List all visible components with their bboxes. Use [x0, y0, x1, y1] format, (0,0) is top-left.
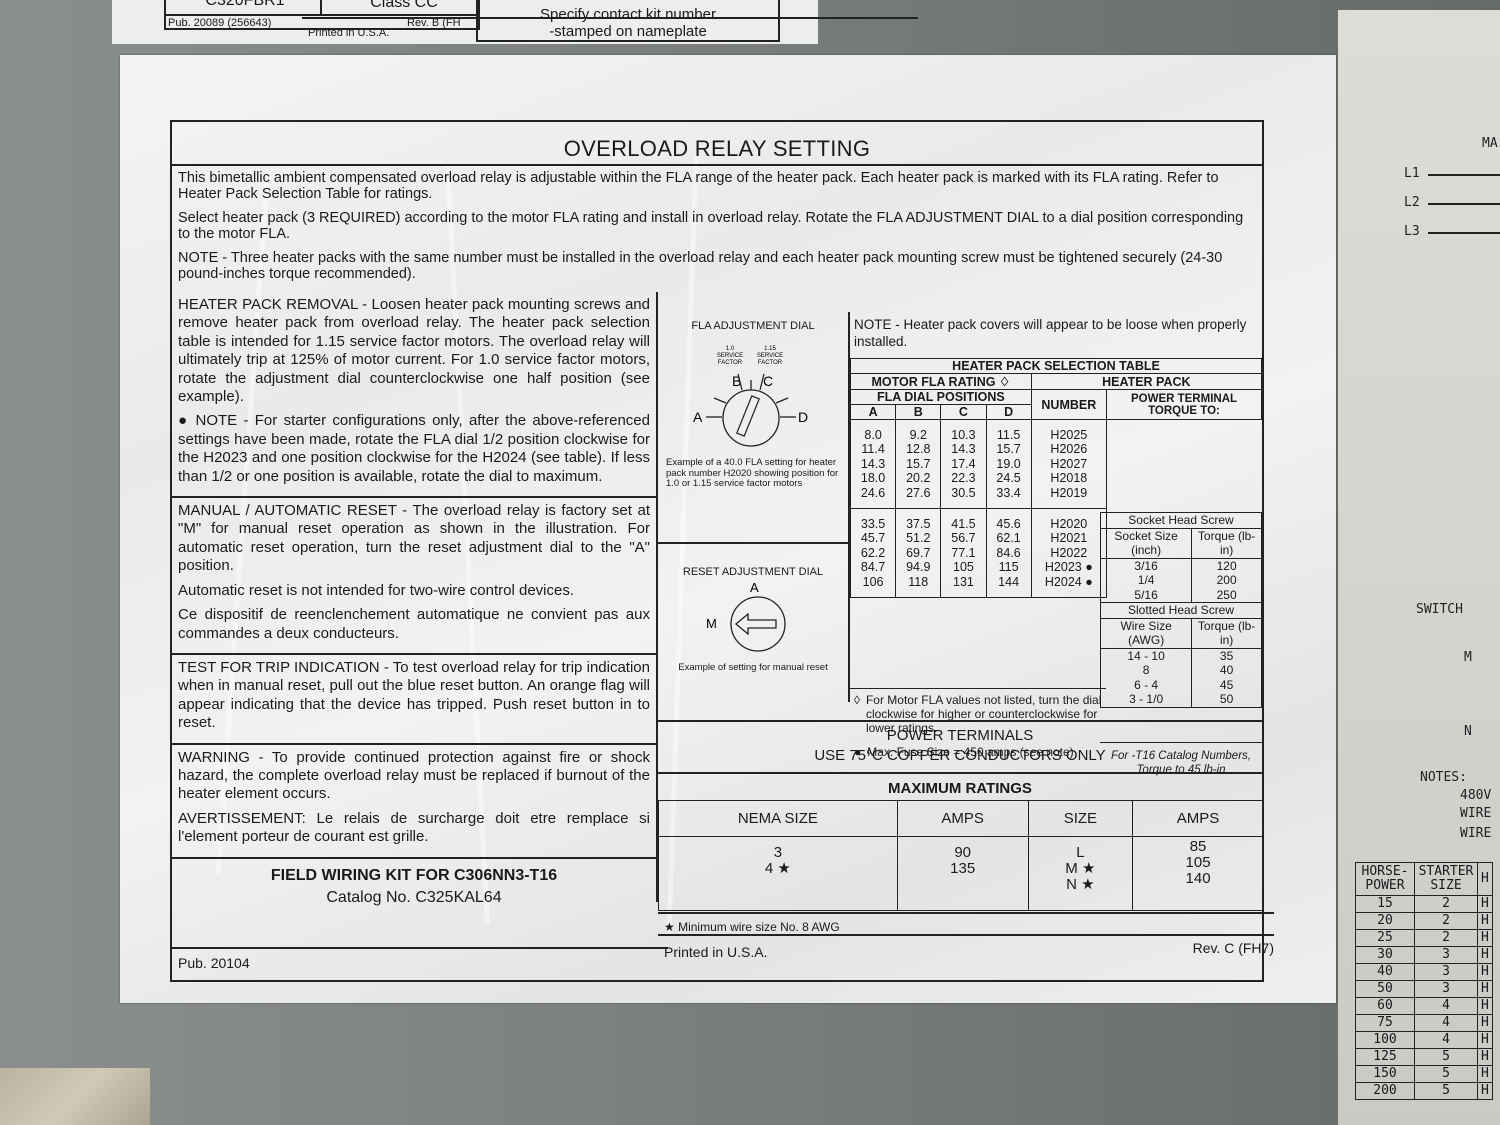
- starter-note-text: ● NOTE - For starter configurations only…: [178, 412, 650, 486]
- cell: 115: [989, 560, 1029, 575]
- cell: 85: [1134, 839, 1262, 855]
- heater-cover-note: NOTE - Heater pack covers will appear to…: [850, 312, 1270, 354]
- cell: 45.6: [989, 517, 1029, 532]
- reset-dial-title: RESET ADJUSTMENT DIAL: [658, 566, 848, 578]
- cell: 5: [1415, 1066, 1478, 1083]
- notes-label: NOTES:: [1420, 770, 1467, 785]
- cell: 15.7: [898, 457, 938, 472]
- cell: 120: [1194, 559, 1259, 574]
- fla-dial-title: FLA ADJUSTMENT DIAL: [658, 320, 848, 332]
- power-terminals-section: POWER TERMINALS USE 75°C COPPER CONDUCTO…: [658, 720, 1262, 766]
- beige-sticker-corner: [0, 1068, 150, 1125]
- french-reset-note: Ce dispositif de reenclenchement automat…: [178, 606, 650, 643]
- amps-header: AMPS: [897, 801, 1028, 837]
- cell: 14.3: [853, 457, 893, 472]
- cell: 2: [1415, 930, 1478, 947]
- cell: 50: [1194, 692, 1259, 707]
- contact-kit-text: Specify contact kit number -stamped on n…: [478, 6, 778, 40]
- cell: 90: [899, 845, 1027, 861]
- line-arrow-icon: [1428, 174, 1500, 176]
- cell: 135: [899, 861, 1027, 877]
- horsepower-header: HORSE-POWER: [1356, 863, 1415, 896]
- svg-text:1.15: 1.15: [764, 346, 776, 352]
- divider: [164, 14, 478, 16]
- cell: 9.2: [898, 428, 938, 443]
- table-row: 503H: [1356, 981, 1493, 998]
- fla-dial-icon: 1.0 SERVICE FACTOR 1.15 SERVICE FACTOR B…: [678, 338, 828, 458]
- table-row: 2005H: [1356, 1083, 1493, 1100]
- cell: 19.0: [989, 457, 1029, 472]
- line-l2: L2: [1404, 195, 1420, 210]
- cell: 41.5: [943, 517, 983, 532]
- cell: 125: [1356, 1049, 1415, 1066]
- warning-text: WARNING - To provide continued protectio…: [178, 749, 650, 804]
- cell: 35: [1194, 649, 1259, 664]
- table-row: 403H: [1356, 964, 1493, 981]
- cell: 4: [1415, 1015, 1478, 1032]
- catalog-cell: C320FBR1: [170, 0, 320, 10]
- cell: 20.2: [898, 471, 938, 486]
- horsepower-starter-table: HORSE-POWER STARTER SIZE H 152H 202H 252…: [1355, 862, 1493, 1100]
- cell: M ★: [1030, 861, 1132, 877]
- cell: 27.6: [898, 486, 938, 501]
- fuse-class-cell: Class CC: [324, 0, 484, 12]
- n-label: N: [1464, 724, 1472, 739]
- line-l1: L1: [1404, 166, 1420, 181]
- cell: 24.5: [989, 471, 1029, 486]
- cell: 15: [1356, 896, 1415, 913]
- catalog-number: Catalog No. C325KAL64: [172, 887, 656, 909]
- heater-number: H2019: [1034, 486, 1104, 501]
- test-trip-section: TEST FOR TRIP INDICATION - To test overl…: [172, 653, 656, 743]
- cell: 62.2: [853, 546, 893, 561]
- svg-text:A: A: [693, 409, 703, 425]
- cell: 56.7: [943, 531, 983, 546]
- svg-text:1.0: 1.0: [726, 346, 735, 352]
- cell: 84.6: [989, 546, 1029, 561]
- cell: 25: [1356, 930, 1415, 947]
- svg-text:SERVICE: SERVICE: [717, 353, 743, 359]
- ma-label: MA: [1482, 136, 1498, 151]
- printed-row: Printed in U.S.A. Rev. C (FH7): [658, 934, 1274, 968]
- fla-dial-caption: Example of a 40.0 FLA setting for heater…: [658, 458, 848, 490]
- label-title: OVERLOAD RELAY SETTING: [172, 136, 1262, 162]
- cell: 5: [1415, 1083, 1478, 1100]
- cell: 4: [1415, 1032, 1478, 1049]
- cell: 10.3: [943, 428, 983, 443]
- selection-table-title: HEATER PACK SELECTION TABLE: [851, 359, 1262, 374]
- cell: 4 ★: [660, 861, 896, 877]
- cell: 14 - 10: [1103, 649, 1189, 664]
- cell: 6 - 4: [1103, 678, 1189, 693]
- cell: 3: [1415, 964, 1478, 981]
- table-row: 1004H: [1356, 1032, 1493, 1049]
- heater-number: H2021: [1034, 531, 1104, 546]
- cell: 3: [1415, 981, 1478, 998]
- svg-text:FACTOR: FACTOR: [758, 360, 783, 366]
- fla-adjustment-dial-diagram: FLA ADJUSTMENT DIAL 1.0 SERVICE FACTOR 1…: [658, 312, 848, 490]
- socket-head-header: Socket Head Screw: [1101, 513, 1262, 529]
- cell: 200: [1194, 573, 1259, 588]
- cell: 106: [853, 575, 893, 590]
- svg-text:D: D: [798, 409, 808, 425]
- cell: 1/4: [1103, 573, 1189, 588]
- intro-paragraph: Select heater pack (3 REQUIRED) accordin…: [178, 210, 1253, 242]
- note-line: WIRE: [1460, 806, 1491, 821]
- cell: 50: [1356, 981, 1415, 998]
- instructions-column: HEATER PACK REMOVAL - Loosen heater pack…: [172, 292, 656, 917]
- revision: Rev. C (FH7): [1193, 940, 1274, 956]
- starter-size-header: STARTER SIZE: [1415, 863, 1478, 896]
- heater-number: H2024 ●: [1034, 575, 1104, 590]
- cell: 105: [1134, 855, 1262, 871]
- cell: 84.7: [853, 560, 893, 575]
- cell: 45.7: [853, 531, 893, 546]
- svg-text:M: M: [706, 616, 717, 631]
- svg-text:A: A: [750, 580, 759, 595]
- col-d: D: [986, 405, 1031, 420]
- cell: 20: [1356, 913, 1415, 930]
- m-label: M: [1464, 650, 1472, 665]
- number-header: NUMBER: [1031, 390, 1106, 420]
- cell: 11.5: [989, 428, 1029, 443]
- cell: 144: [989, 575, 1029, 590]
- cell: 77.1: [943, 546, 983, 561]
- cell: N ★: [1030, 877, 1132, 893]
- heater-removal-text: HEATER PACK REMOVAL - Loosen heater pack…: [178, 296, 650, 406]
- test-trip-text: TEST FOR TRIP INDICATION - To test overl…: [178, 659, 650, 733]
- socket-torque-header: Torque (lb-in): [1192, 528, 1262, 558]
- heater-number: H2025: [1034, 428, 1104, 443]
- auto-reset-note: Automatic reset is not intended for two-…: [178, 582, 650, 600]
- cell: 118: [898, 575, 938, 590]
- cell: 30.5: [943, 486, 983, 501]
- cell: 14.3: [943, 442, 983, 457]
- pub-number: Pub. 20104: [172, 947, 668, 977]
- top-rev: Rev. B (FH: [407, 17, 461, 29]
- table-row: 303H: [1356, 947, 1493, 964]
- table-row: 202H: [1356, 913, 1493, 930]
- col-c: C: [941, 405, 986, 420]
- note-line: WIRE: [1460, 826, 1491, 841]
- cell: 62.1: [989, 531, 1029, 546]
- heater-removal-section: HEATER PACK REMOVAL - Loosen heater pack…: [172, 292, 656, 496]
- col-b: B: [896, 405, 941, 420]
- table-row: 604H: [1356, 998, 1493, 1015]
- cell: 3: [1415, 947, 1478, 964]
- cell: 30: [1356, 947, 1415, 964]
- heater-number: H2027: [1034, 457, 1104, 472]
- cell: 15.7: [989, 442, 1029, 457]
- power-terminals-title: POWER TERMINALS: [658, 726, 1262, 746]
- heater-pack-header: HEATER PACK: [1031, 374, 1261, 390]
- line-l3: L3: [1404, 224, 1420, 239]
- avertissement-text: AVERTISSEMENT: Le relais de surcharge do…: [178, 810, 650, 847]
- socket-size-header: Socket Size (inch): [1101, 528, 1192, 558]
- cell: 45: [1194, 678, 1259, 693]
- cell: 33.5: [853, 517, 893, 532]
- cell: 60: [1356, 998, 1415, 1015]
- reset-dial-icon: A M: [658, 578, 848, 658]
- cell: 17.4: [943, 457, 983, 472]
- warning-section: WARNING - To provide continued protectio…: [172, 743, 656, 857]
- cell: 11.4: [853, 442, 893, 457]
- cell: 3/16: [1103, 559, 1189, 574]
- cell: 100: [1356, 1032, 1415, 1049]
- svg-text:SERVICE: SERVICE: [757, 353, 783, 359]
- max-ratings-title: MAXIMUM RATINGS: [658, 772, 1262, 797]
- line-arrow-icon: [1428, 203, 1500, 205]
- cell: 150: [1356, 1066, 1415, 1083]
- heater-number: H2023 ●: [1034, 560, 1104, 575]
- col-a: A: [851, 405, 896, 420]
- intro-text: This bimetallic ambient compensated over…: [178, 170, 1253, 290]
- divider: [172, 164, 1262, 166]
- svg-text:FACTOR: FACTOR: [718, 360, 743, 366]
- divider: [320, 0, 322, 14]
- cell: 8.0: [853, 428, 893, 443]
- cell: 51.2: [898, 531, 938, 546]
- max-ratings-table: NEMA SIZE AMPS SIZE AMPS 3 4 ★ 90 135 L …: [658, 800, 1264, 911]
- line-arrow-icon: [1428, 232, 1500, 234]
- reset-dial-caption: Example of setting for manual reset: [658, 663, 848, 674]
- note-line: 480V: [1460, 788, 1491, 803]
- torque-table: Socket Head Screw Socket Size (inch) Tor…: [1100, 512, 1262, 708]
- cell: 105: [943, 560, 983, 575]
- switch-label: SWITCH: [1416, 602, 1463, 617]
- cell: 18.0: [853, 471, 893, 486]
- heater-number: H2018: [1034, 471, 1104, 486]
- fla-positions-header: FLA DIAL POSITIONS: [851, 390, 1032, 405]
- overload-relay-label: OVERLOAD RELAY SETTING This bimetallic a…: [120, 55, 1336, 1003]
- cell: 40: [1356, 964, 1415, 981]
- cell: 33.4: [989, 486, 1029, 501]
- cell: 94.9: [898, 560, 938, 575]
- partial-header: H: [1478, 863, 1493, 896]
- field-kit-title: FIELD WIRING KIT FOR C306NN3-T16: [172, 865, 656, 887]
- table-row: 1255H: [1356, 1049, 1493, 1066]
- heater-number: H2026: [1034, 442, 1104, 457]
- slotted-torque-header: Torque (lb-in): [1192, 618, 1262, 648]
- reset-adjustment-dial-diagram: RESET ADJUSTMENT DIAL A M Example of set…: [658, 542, 848, 704]
- top-pub-number: Pub. 20089 (256643): [168, 17, 271, 29]
- reset-section: MANUAL / AUTOMATIC RESET - The overload …: [172, 496, 656, 653]
- field-kit-section: FIELD WIRING KIT FOR C306NN3-T16 Catalog…: [172, 857, 656, 917]
- table-row-group-1: 8.0 11.4 14.3 18.0 24.6 9.2 12.8 15.7 20…: [851, 420, 1262, 509]
- cell: 250: [1194, 588, 1259, 603]
- cell: 75: [1356, 1015, 1415, 1032]
- cell: 22.3: [943, 471, 983, 486]
- intro-paragraph: NOTE - Three heater packs with the same …: [178, 250, 1253, 282]
- table-row: 152H: [1356, 896, 1493, 913]
- cell: 2: [1415, 896, 1478, 913]
- heater-number: H2020: [1034, 517, 1104, 532]
- cell: 69.7: [898, 546, 938, 561]
- slotted-head-header: Slotted Head Screw: [1101, 603, 1262, 619]
- reset-text: MANUAL / AUTOMATIC RESET - The overload …: [178, 502, 650, 576]
- torque-header: POWER TERMINAL TORQUE TO:: [1107, 390, 1262, 420]
- table-row: 754H: [1356, 1015, 1493, 1032]
- table-row: 1505H: [1356, 1066, 1493, 1083]
- copper-conductors-note: USE 75°C COPPER CONDUCTORS ONLY: [658, 746, 1262, 766]
- wire-size-header: Wire Size (AWG): [1101, 618, 1192, 648]
- svg-text:C: C: [763, 373, 773, 389]
- cell: L: [1030, 845, 1132, 861]
- cell: 5/16: [1103, 588, 1189, 603]
- cell: 3: [660, 845, 896, 861]
- printed-in-usa: Printed in U.S.A.: [664, 944, 768, 960]
- kit-line-1: Specify contact kit number: [478, 6, 778, 23]
- intro-paragraph: This bimetallic ambient compensated over…: [178, 170, 1253, 202]
- cell: 37.5: [898, 517, 938, 532]
- cell: 24.6: [853, 486, 893, 501]
- size-header: SIZE: [1028, 801, 1133, 837]
- cell: 140: [1134, 871, 1262, 887]
- heater-number: H2022: [1034, 546, 1104, 561]
- nema-size-header: NEMA SIZE: [659, 801, 898, 837]
- cell: 131: [943, 575, 983, 590]
- cell: 40: [1194, 663, 1259, 678]
- motor-fla-header: MOTOR FLA RATING ♢: [851, 374, 1032, 390]
- amps-header-2: AMPS: [1133, 801, 1264, 837]
- cell: 12.8: [898, 442, 938, 457]
- cell: 200: [1356, 1083, 1415, 1100]
- label-frame: OVERLOAD RELAY SETTING This bimetallic a…: [170, 120, 1264, 982]
- cell: 4: [1415, 998, 1478, 1015]
- kit-line-2: -stamped on nameplate: [478, 23, 778, 40]
- cell: 8: [1103, 663, 1189, 678]
- cell: 2: [1415, 913, 1478, 930]
- top-label-fragment: C320FBR1 Class CC Pub. 20089 (256643) Pr…: [112, 0, 818, 44]
- table-row: 252H: [1356, 930, 1493, 947]
- cell: 5: [1415, 1049, 1478, 1066]
- cell: 3 - 1/0: [1103, 692, 1189, 707]
